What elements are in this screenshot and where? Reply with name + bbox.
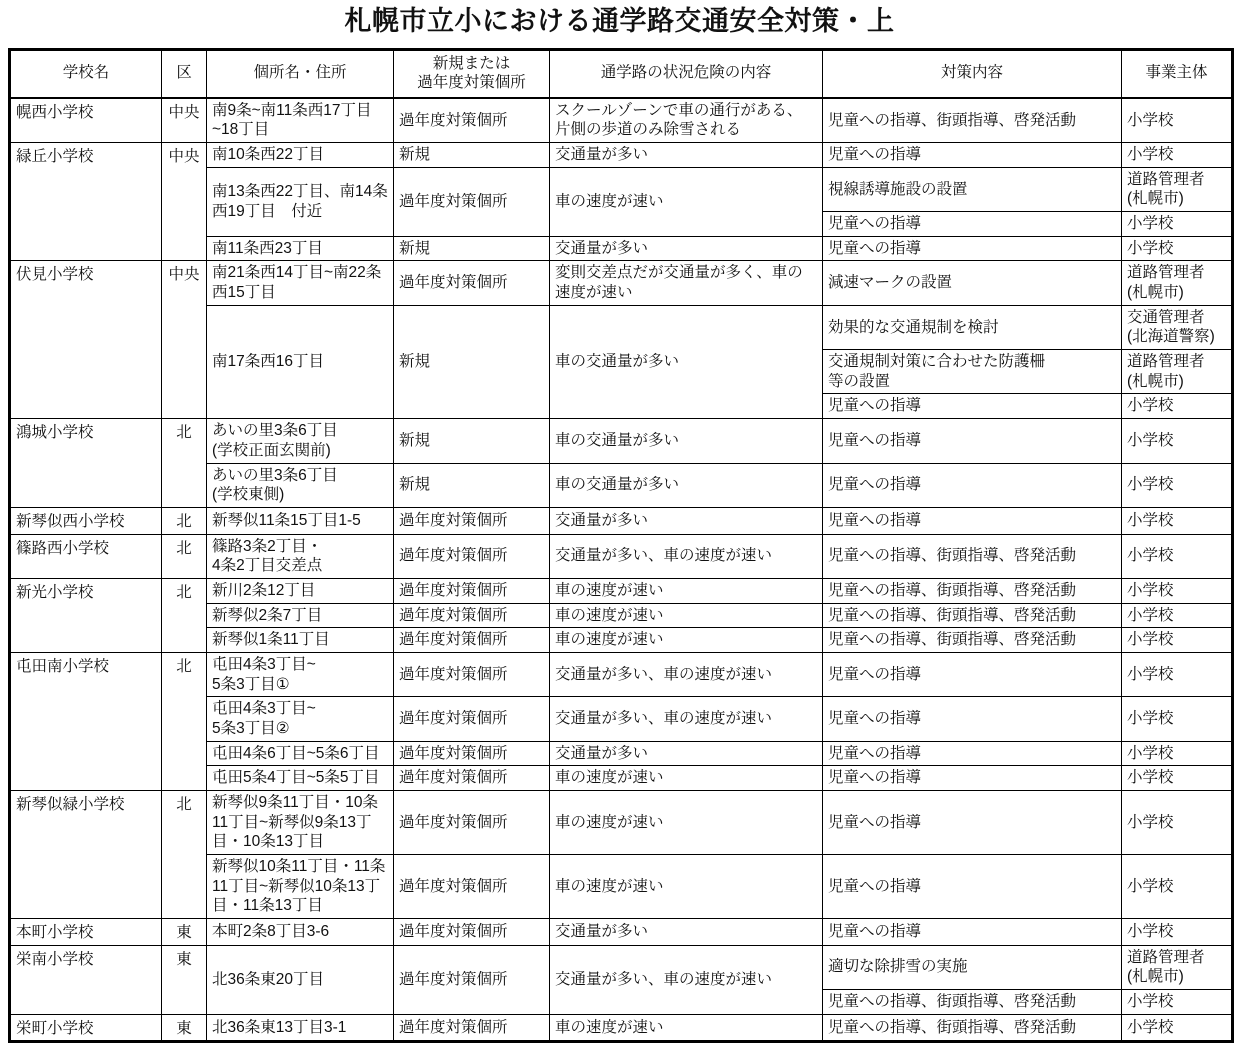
school-name-cell: 緑丘小学校 — [10, 143, 162, 261]
danger-cell: 交通量が多い — [550, 143, 823, 168]
category-cell: 過年度対策個所 — [394, 697, 550, 741]
header-ward: 区 — [162, 49, 207, 98]
address-cell: 新琴似11条15丁目1-5 — [207, 507, 394, 534]
entity-cell: 小学校 — [1122, 534, 1233, 578]
entity-cell: 小学校 — [1122, 603, 1233, 628]
danger-cell: スクールゾーンで車の通行がある、片側の歩道のみ除雪される — [550, 98, 823, 143]
school-name-cell: 幌西小学校 — [10, 98, 162, 143]
school-name-cell: 鴻城小学校 — [10, 419, 162, 508]
header-category: 新規または 過年度対策個所 — [394, 49, 550, 98]
measure-cell: 児童への指導、街頭指導、啓発活動 — [823, 98, 1122, 143]
measure-cell: 交通規制対策に合わせた防護柵 等の設置 — [823, 350, 1122, 394]
category-cell: 新規 — [394, 419, 550, 463]
category-cell: 過年度対策個所 — [394, 854, 550, 918]
category-cell: 過年度対策個所 — [394, 766, 550, 791]
table-row: 篠路西小学校北篠路3条2丁目・ 4条2丁目交差点過年度対策個所交通量が多い、車の… — [10, 534, 1233, 578]
entity-cell: 小学校 — [1122, 236, 1233, 261]
header-row: 学校名 区 個所名・住所 新規または 過年度対策個所 通学路の状況危険の内容 対… — [10, 49, 1233, 98]
school-name-cell: 伏見小学校 — [10, 261, 162, 419]
entity-cell: 小学校 — [1122, 419, 1233, 463]
danger-cell: 交通量が多い — [550, 507, 823, 534]
danger-cell: 交通量が多い、車の速度が速い — [550, 945, 823, 1014]
entity-cell: 小学校 — [1122, 463, 1233, 507]
ward-cell: 北 — [162, 790, 207, 918]
entity-cell: 交通管理者 (北海道警察) — [1122, 305, 1233, 349]
measure-cell: 児童への指導、街頭指導、啓発活動 — [823, 1014, 1122, 1042]
measure-cell: 児童への指導 — [823, 790, 1122, 854]
table-row: 新光小学校北新川2条12丁目過年度対策個所車の速度が速い児童への指導、街頭指導、… — [10, 578, 1233, 603]
category-cell: 新規 — [394, 143, 550, 168]
address-cell: 新琴似2条7丁目 — [207, 603, 394, 628]
measure-cell: 児童への指導 — [823, 463, 1122, 507]
category-cell: 過年度対策個所 — [394, 578, 550, 603]
entity-cell: 小学校 — [1122, 98, 1233, 143]
measure-cell: 児童への指導 — [823, 507, 1122, 534]
table-row: 栄南小学校東北36条東20丁目過年度対策個所交通量が多い、車の速度が速い適切な除… — [10, 945, 1233, 989]
ward-cell: 東 — [162, 918, 207, 945]
address-cell: 屯田5条4丁目~5条5丁目 — [207, 766, 394, 791]
entity-cell: 小学校 — [1122, 741, 1233, 766]
danger-cell: 交通量が多い、車の速度が速い — [550, 534, 823, 578]
danger-cell: 車の速度が速い — [550, 766, 823, 791]
entity-cell: 小学校 — [1122, 989, 1233, 1014]
danger-cell: 車の速度が速い — [550, 167, 823, 236]
header-address: 個所名・住所 — [207, 49, 394, 98]
category-cell: 過年度対策個所 — [394, 945, 550, 1014]
entity-cell: 小学校 — [1122, 918, 1233, 945]
danger-cell: 車の速度が速い — [550, 578, 823, 603]
document-page: 札幌市立小における通学路交通安全対策・上 学校名 区 個所名・住所 新規または … — [0, 0, 1239, 1051]
entity-cell: 小学校 — [1122, 628, 1233, 653]
table-row: 本町小学校東本町2条8丁目3-6過年度対策個所交通量が多い児童への指導小学校 — [10, 918, 1233, 945]
danger-cell: 車の速度が速い — [550, 790, 823, 854]
header-danger: 通学路の状況危険の内容 — [550, 49, 823, 98]
entity-cell: 小学校 — [1122, 1014, 1233, 1042]
danger-cell: 交通量が多い、車の速度が速い — [550, 697, 823, 741]
danger-cell: 車の速度が速い — [550, 628, 823, 653]
measure-cell: 児童への指導 — [823, 236, 1122, 261]
entity-cell: 道路管理者 (札幌市) — [1122, 350, 1233, 394]
address-cell: 南11条西23丁目 — [207, 236, 394, 261]
measure-cell: 児童への指導 — [823, 212, 1122, 237]
table-header: 学校名 区 個所名・住所 新規または 過年度対策個所 通学路の状況危険の内容 対… — [10, 49, 1233, 98]
ward-cell: 東 — [162, 1014, 207, 1042]
table-row: 鴻城小学校北あいの里3条6丁目 (学校正面玄関前)新規車の交通量が多い児童への指… — [10, 419, 1233, 463]
school-name-cell: 新光小学校 — [10, 578, 162, 652]
entity-cell: 道路管理者 (札幌市) — [1122, 945, 1233, 989]
measure-cell: 児童への指導、街頭指導、啓発活動 — [823, 578, 1122, 603]
address-cell: 南13条西22丁目、南14条西19丁目 付近 — [207, 167, 394, 236]
ward-cell: 北 — [162, 534, 207, 578]
entity-cell: 道路管理者 (札幌市) — [1122, 261, 1233, 305]
entity-cell: 道路管理者 (札幌市) — [1122, 167, 1233, 211]
entity-cell: 小学校 — [1122, 697, 1233, 741]
category-cell: 過年度対策個所 — [394, 603, 550, 628]
table-row: 緑丘小学校中央南10条西22丁目新規交通量が多い児童への指導小学校 — [10, 143, 1233, 168]
entity-cell: 小学校 — [1122, 854, 1233, 918]
measure-cell: 児童への指導 — [823, 766, 1122, 791]
ward-cell: 北 — [162, 419, 207, 508]
safety-measures-table: 学校名 区 個所名・住所 新規または 過年度対策個所 通学路の状況危険の内容 対… — [8, 48, 1234, 1044]
ward-cell: 北 — [162, 578, 207, 652]
page-title: 札幌市立小における通学路交通安全対策・上 — [8, 5, 1231, 39]
measure-cell: 児童への指導 — [823, 143, 1122, 168]
address-cell: 北36条東13丁目3-1 — [207, 1014, 394, 1042]
table-row: 新琴似緑小学校北新琴似9条11丁目・10条11丁目~新琴似9条13丁目・10条1… — [10, 790, 1233, 854]
measure-cell: 児童への指導、街頭指導、啓発活動 — [823, 628, 1122, 653]
school-name-cell: 本町小学校 — [10, 918, 162, 945]
measure-cell: 適切な除排雪の実施 — [823, 945, 1122, 989]
header-measure: 対策内容 — [823, 49, 1122, 98]
category-cell: 過年度対策個所 — [394, 790, 550, 854]
measure-cell: 児童への指導、街頭指導、啓発活動 — [823, 534, 1122, 578]
entity-cell: 小学校 — [1122, 790, 1233, 854]
address-cell: 篠路3条2丁目・ 4条2丁目交差点 — [207, 534, 394, 578]
ward-cell: 北 — [162, 507, 207, 534]
measure-cell: 児童への指導、街頭指導、啓発活動 — [823, 603, 1122, 628]
danger-cell: 車の交通量が多い — [550, 463, 823, 507]
table-row: 屯田南小学校北屯田4条3丁目~ 5条3丁目①過年度対策個所交通量が多い、車の速度… — [10, 652, 1233, 696]
danger-cell: 交通量が多い — [550, 918, 823, 945]
header-entity: 事業主体 — [1122, 49, 1233, 98]
header-school-name: 学校名 — [10, 49, 162, 98]
measure-cell: 児童への指導 — [823, 419, 1122, 463]
school-name-cell: 新琴似西小学校 — [10, 507, 162, 534]
danger-cell: 交通量が多い — [550, 236, 823, 261]
ward-cell: 東 — [162, 945, 207, 1014]
address-cell: 南21条西14丁目~南22条西15丁目 — [207, 261, 394, 305]
entity-cell: 小学校 — [1122, 578, 1233, 603]
address-cell: 本町2条8丁目3-6 — [207, 918, 394, 945]
entity-cell: 小学校 — [1122, 652, 1233, 696]
category-cell: 過年度対策個所 — [394, 534, 550, 578]
measure-cell: 児童への指導 — [823, 918, 1122, 945]
address-cell: あいの里3条6丁目 (学校正面玄関前) — [207, 419, 394, 463]
school-name-cell: 篠路西小学校 — [10, 534, 162, 578]
school-name-cell: 新琴似緑小学校 — [10, 790, 162, 918]
category-cell: 過年度対策個所 — [394, 918, 550, 945]
address-cell: 屯田4条3丁目~ 5条3丁目② — [207, 697, 394, 741]
address-cell: あいの里3条6丁目 (学校東側) — [207, 463, 394, 507]
danger-cell: 交通量が多い — [550, 741, 823, 766]
measure-cell: 児童への指導、街頭指導、啓発活動 — [823, 989, 1122, 1014]
entity-cell: 小学校 — [1122, 143, 1233, 168]
ward-cell: 中央 — [162, 261, 207, 419]
address-cell: 南17条西16丁目 — [207, 305, 394, 418]
category-cell: 過年度対策個所 — [394, 507, 550, 534]
ward-cell: 北 — [162, 652, 207, 790]
address-cell: 新琴似9条11丁目・10条11丁目~新琴似9条13丁目・10条13丁目 — [207, 790, 394, 854]
category-cell: 新規 — [394, 305, 550, 418]
address-cell: 屯田4条3丁目~ 5条3丁目① — [207, 652, 394, 696]
category-cell: 過年度対策個所 — [394, 261, 550, 305]
entity-cell: 小学校 — [1122, 507, 1233, 534]
measure-cell: 効果的な交通規制を検討 — [823, 305, 1122, 349]
address-cell: 新川2条12丁目 — [207, 578, 394, 603]
category-cell: 過年度対策個所 — [394, 628, 550, 653]
address-cell: 新琴似1条11丁目 — [207, 628, 394, 653]
entity-cell: 小学校 — [1122, 394, 1233, 419]
category-cell: 新規 — [394, 236, 550, 261]
measure-cell: 児童への指導 — [823, 741, 1122, 766]
table-row: 新琴似西小学校北新琴似11条15丁目1-5過年度対策個所交通量が多い児童への指導… — [10, 507, 1233, 534]
address-cell: 屯田4条6丁目~5条6丁目 — [207, 741, 394, 766]
school-name-cell: 栄南小学校 — [10, 945, 162, 1014]
danger-cell: 車の速度が速い — [550, 1014, 823, 1042]
measure-cell: 児童への指導 — [823, 697, 1122, 741]
entity-cell: 小学校 — [1122, 766, 1233, 791]
address-cell: 南9条~南11条西17丁目~18丁目 — [207, 98, 394, 143]
school-name-cell: 栄町小学校 — [10, 1014, 162, 1042]
category-cell: 過年度対策個所 — [394, 1014, 550, 1042]
danger-cell: 車の速度が速い — [550, 603, 823, 628]
address-cell: 新琴似10条11丁目・11条11丁目~新琴似10条13丁目・11条13丁目 — [207, 854, 394, 918]
measure-cell: 児童への指導 — [823, 394, 1122, 419]
measure-cell: 児童への指導 — [823, 652, 1122, 696]
danger-cell: 車の交通量が多い — [550, 305, 823, 418]
measure-cell: 減速マークの設置 — [823, 261, 1122, 305]
measure-cell: 視線誘導施設の設置 — [823, 167, 1122, 211]
entity-cell: 小学校 — [1122, 212, 1233, 237]
table-row: 伏見小学校中央南21条西14丁目~南22条西15丁目過年度対策個所変則交差点だが… — [10, 261, 1233, 305]
ward-cell: 中央 — [162, 98, 207, 143]
table-body: 幌西小学校中央南9条~南11条西17丁目~18丁目過年度対策個所スクールゾーンで… — [10, 98, 1233, 1042]
danger-cell: 車の速度が速い — [550, 854, 823, 918]
ward-cell: 中央 — [162, 143, 207, 261]
address-cell: 北36条東20丁目 — [207, 945, 394, 1014]
danger-cell: 車の交通量が多い — [550, 419, 823, 463]
table-row: 幌西小学校中央南9条~南11条西17丁目~18丁目過年度対策個所スクールゾーンで… — [10, 98, 1233, 143]
category-cell: 過年度対策個所 — [394, 98, 550, 143]
danger-cell: 交通量が多い、車の速度が速い — [550, 652, 823, 696]
category-cell: 過年度対策個所 — [394, 741, 550, 766]
category-cell: 過年度対策個所 — [394, 167, 550, 236]
category-cell: 過年度対策個所 — [394, 652, 550, 696]
table-row: 栄町小学校東北36条東13丁目3-1過年度対策個所車の速度が速い児童への指導、街… — [10, 1014, 1233, 1042]
address-cell: 南10条西22丁目 — [207, 143, 394, 168]
measure-cell: 児童への指導 — [823, 854, 1122, 918]
school-name-cell: 屯田南小学校 — [10, 652, 162, 790]
category-cell: 新規 — [394, 463, 550, 507]
danger-cell: 変則交差点だが交通量が多く、車の速度が速い — [550, 261, 823, 305]
